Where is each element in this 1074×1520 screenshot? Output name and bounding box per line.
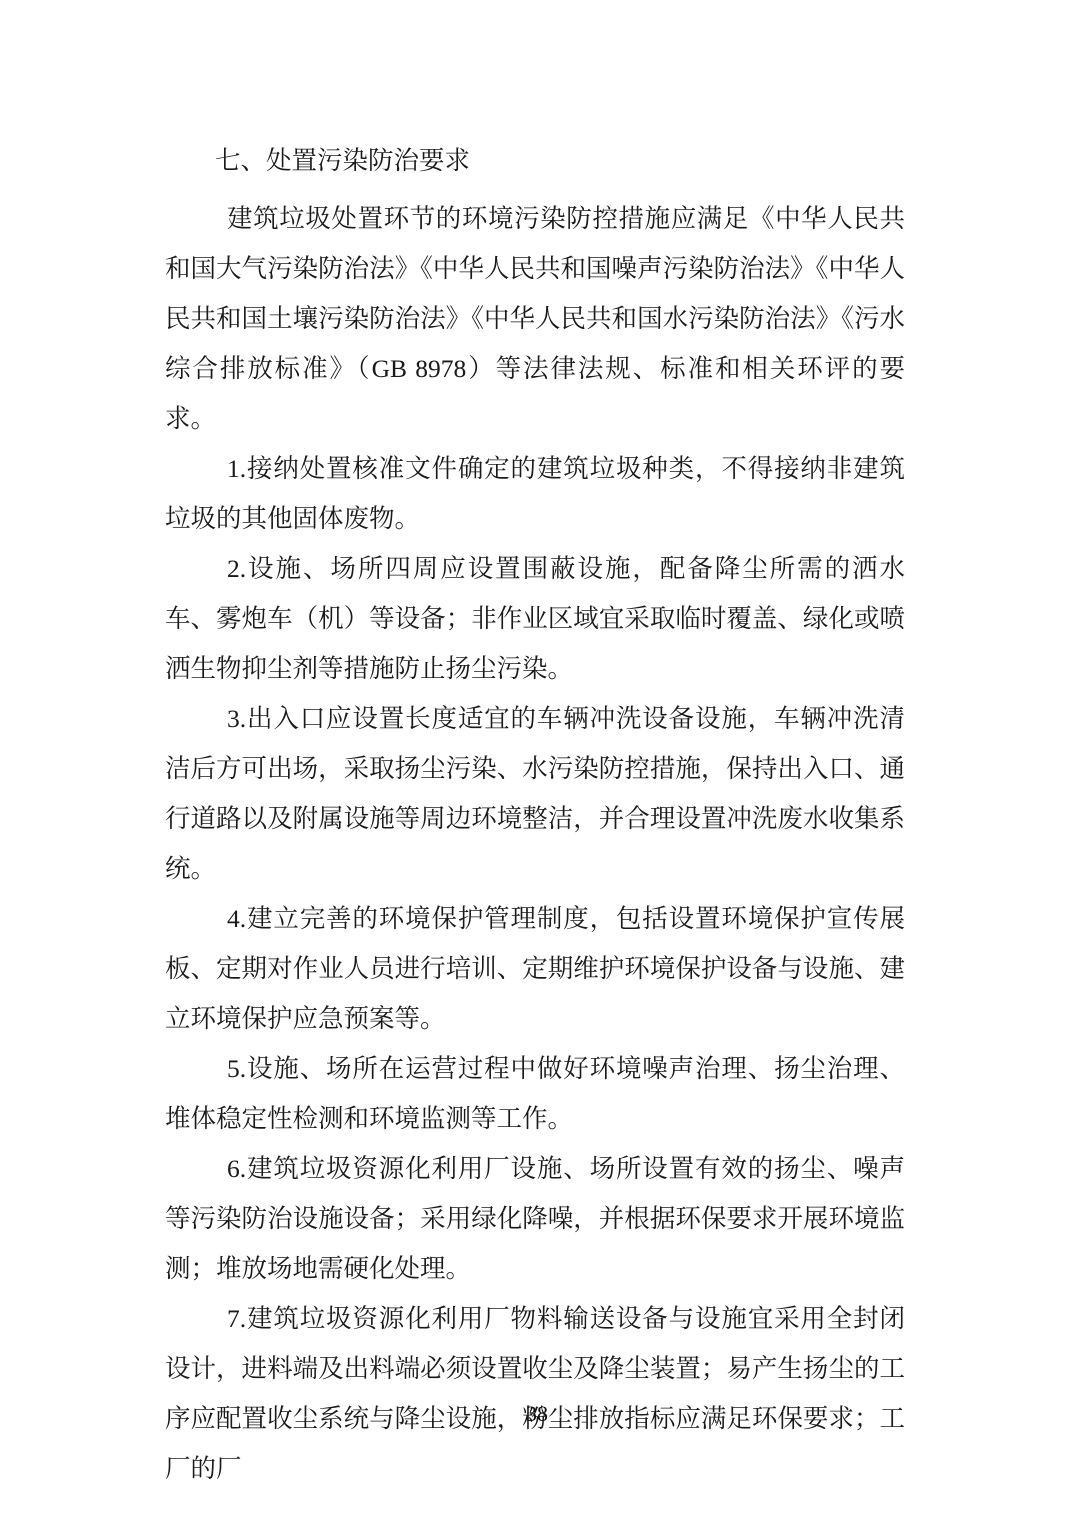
paragraph-intro: 建筑垃圾处置环节的环境污染防控措施应满足《中华人民共和国大气污染防治法》《中华人… bbox=[165, 194, 905, 444]
paragraph-item-5: 5.设施、场所在运营过程中做好环境噪声治理、扬尘治理、堆体稳定性检测和环境监测等… bbox=[165, 1044, 905, 1144]
paragraph-item-7: 7.建筑垃圾资源化利用厂物料输送设备与设施宜采用全封闭设计，进料端及出料端必须设… bbox=[165, 1294, 905, 1494]
paragraph-item-2: 2.设施、场所四周应设置围蔽设施，配备降尘所需的洒水车、雾炮车（机）等设备；非作… bbox=[165, 544, 905, 694]
document-page: 七、处置污染防治要求 建筑垃圾处置环节的环境污染防控措施应满足《中华人民共和国大… bbox=[0, 0, 1074, 1520]
section-heading: 七、处置污染防治要求 bbox=[165, 136, 905, 186]
paragraph-item-6: 6.建筑垃圾资源化利用厂设施、场所设置有效的扬尘、噪声等污染防治设施设备；采用绿… bbox=[165, 1144, 905, 1294]
document-body: 七、处置污染防治要求 建筑垃圾处置环节的环境污染防控措施应满足《中华人民共和国大… bbox=[165, 136, 905, 1494]
paragraph-item-1: 1.接纳处置核准文件确定的建筑垃圾种类，不得接纳非建筑垃圾的其他固体废物。 bbox=[165, 444, 905, 544]
paragraph-item-4: 4.建立完善的环境保护管理制度，包括设置环境保护宣传展板、定期对作业人员进行培训… bbox=[165, 894, 905, 1044]
page-number: 38 bbox=[0, 1398, 1074, 1430]
paragraph-item-3: 3.出入口应设置长度适宜的车辆冲洗设备设施，车辆冲洗清洁后方可出场，采取扬尘污染… bbox=[165, 694, 905, 894]
